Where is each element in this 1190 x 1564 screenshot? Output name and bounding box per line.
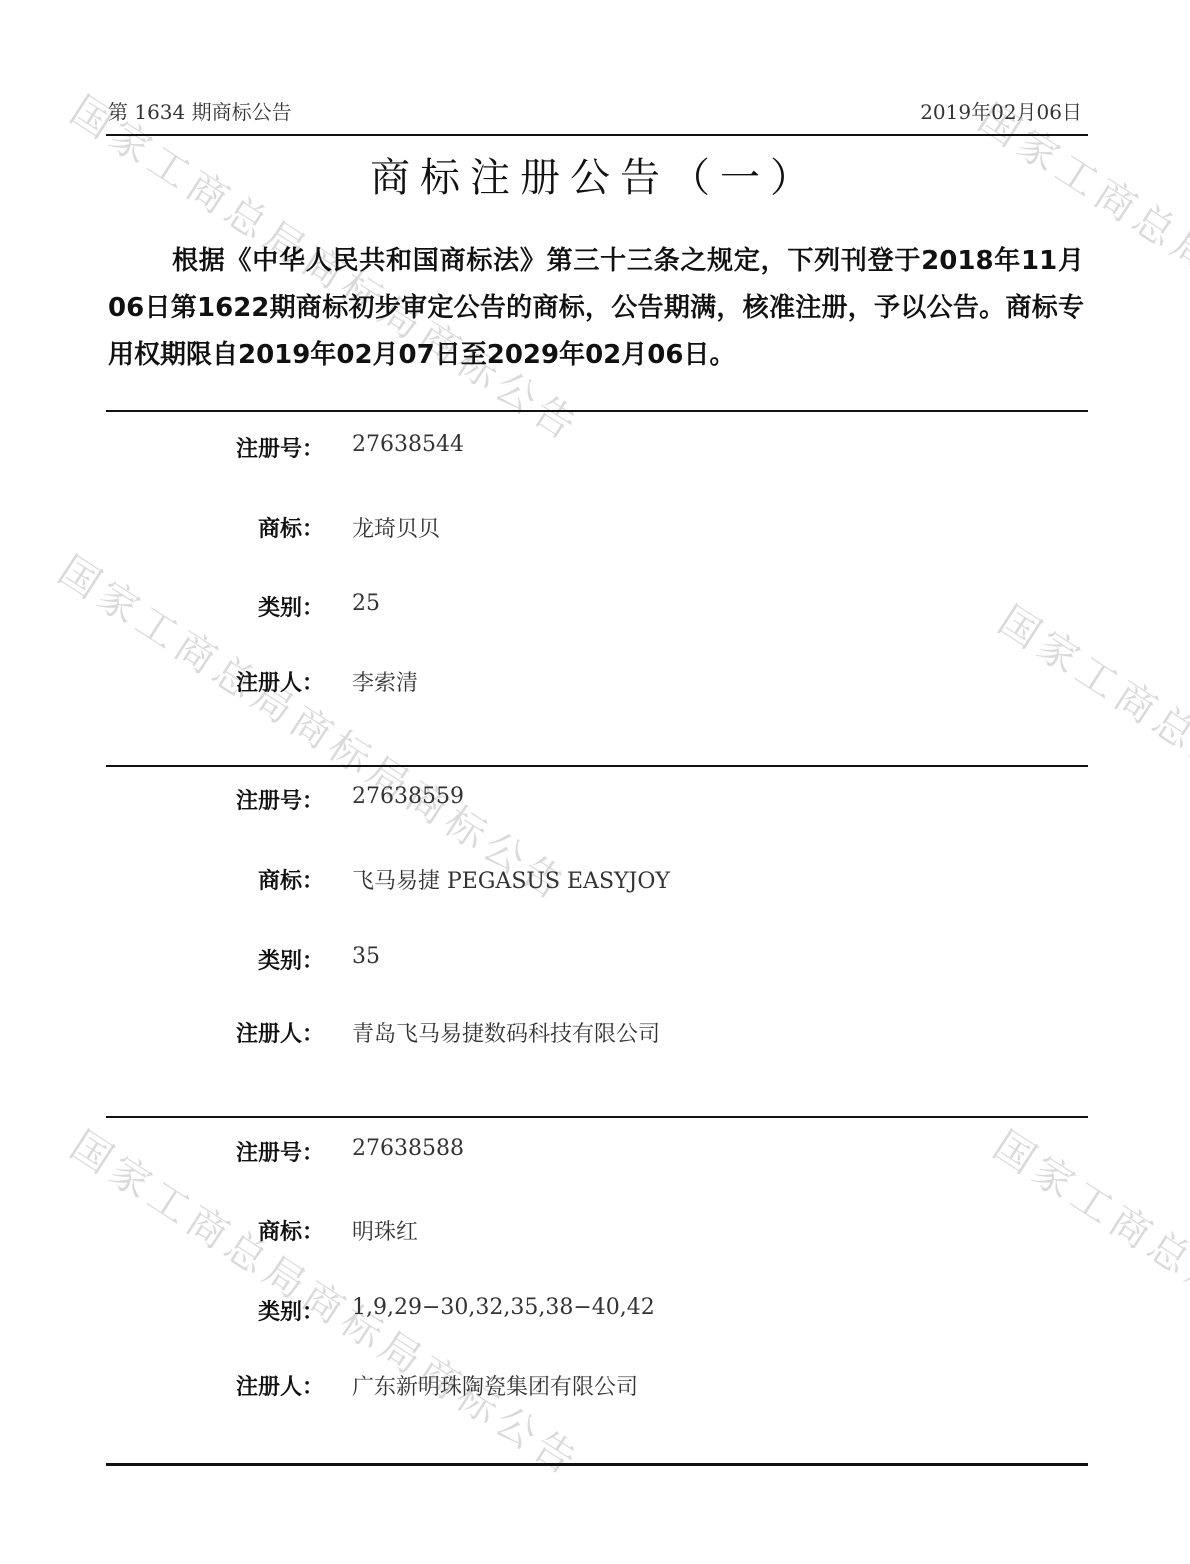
reg-no-value: 27638588: [352, 1136, 464, 1161]
class-value: 35: [352, 944, 380, 969]
header-divider: [106, 134, 1088, 136]
publication-date: 2019年02月06日: [920, 96, 1082, 125]
divider: [106, 1116, 1088, 1118]
intro-paragraph: 根据《中华人民共和国商标法》第三十三条之规定，下列刊登于2018年11月06日第…: [108, 238, 1084, 379]
registrant-label: 注册人：: [236, 1370, 324, 1401]
reg-no-label: 注册号：: [236, 1136, 324, 1167]
divider: [106, 765, 1088, 767]
mark-value: 明珠红: [352, 1215, 418, 1246]
class-label: 类别：: [258, 591, 324, 622]
reg-no-value: 27638544: [352, 432, 464, 457]
watermark-mid-right: 国家工商总局商标局商标公告: [989, 590, 1190, 963]
mark-label: 商标：: [258, 512, 324, 543]
footer-divider: [106, 1463, 1088, 1466]
registrant-label: 注册人：: [236, 666, 324, 697]
divider: [106, 410, 1088, 412]
class-label: 类别：: [258, 1295, 324, 1326]
mark-value: 飞马易捷 PEGASUS EASYJOY: [352, 864, 670, 895]
class-value: 1,9,29−30,32,35,38−40,42: [352, 1295, 655, 1320]
page-title: 商标注册公告（一）: [0, 146, 1190, 203]
reg-no-label: 注册号：: [236, 432, 324, 463]
watermark-bottom-right: 国家工商总局商标局商标公告: [984, 1115, 1190, 1488]
mark-value: 龙琦贝贝: [352, 512, 440, 543]
issue-number: 第 1634 期商标公告: [108, 96, 292, 125]
registrant-value: 广东新明珠陶瓷集团有限公司: [352, 1370, 638, 1401]
mark-label: 商标：: [258, 864, 324, 895]
reg-no-value: 27638559: [352, 784, 464, 809]
registrant-value: 李索清: [352, 666, 418, 697]
class-value: 25: [352, 591, 380, 616]
class-label: 类别：: [258, 944, 324, 975]
reg-no-label: 注册号：: [236, 784, 324, 815]
registrant-value: 青岛飞马易捷数码科技有限公司: [352, 1017, 660, 1048]
registrant-label: 注册人：: [236, 1017, 324, 1048]
mark-label: 商标：: [258, 1215, 324, 1246]
